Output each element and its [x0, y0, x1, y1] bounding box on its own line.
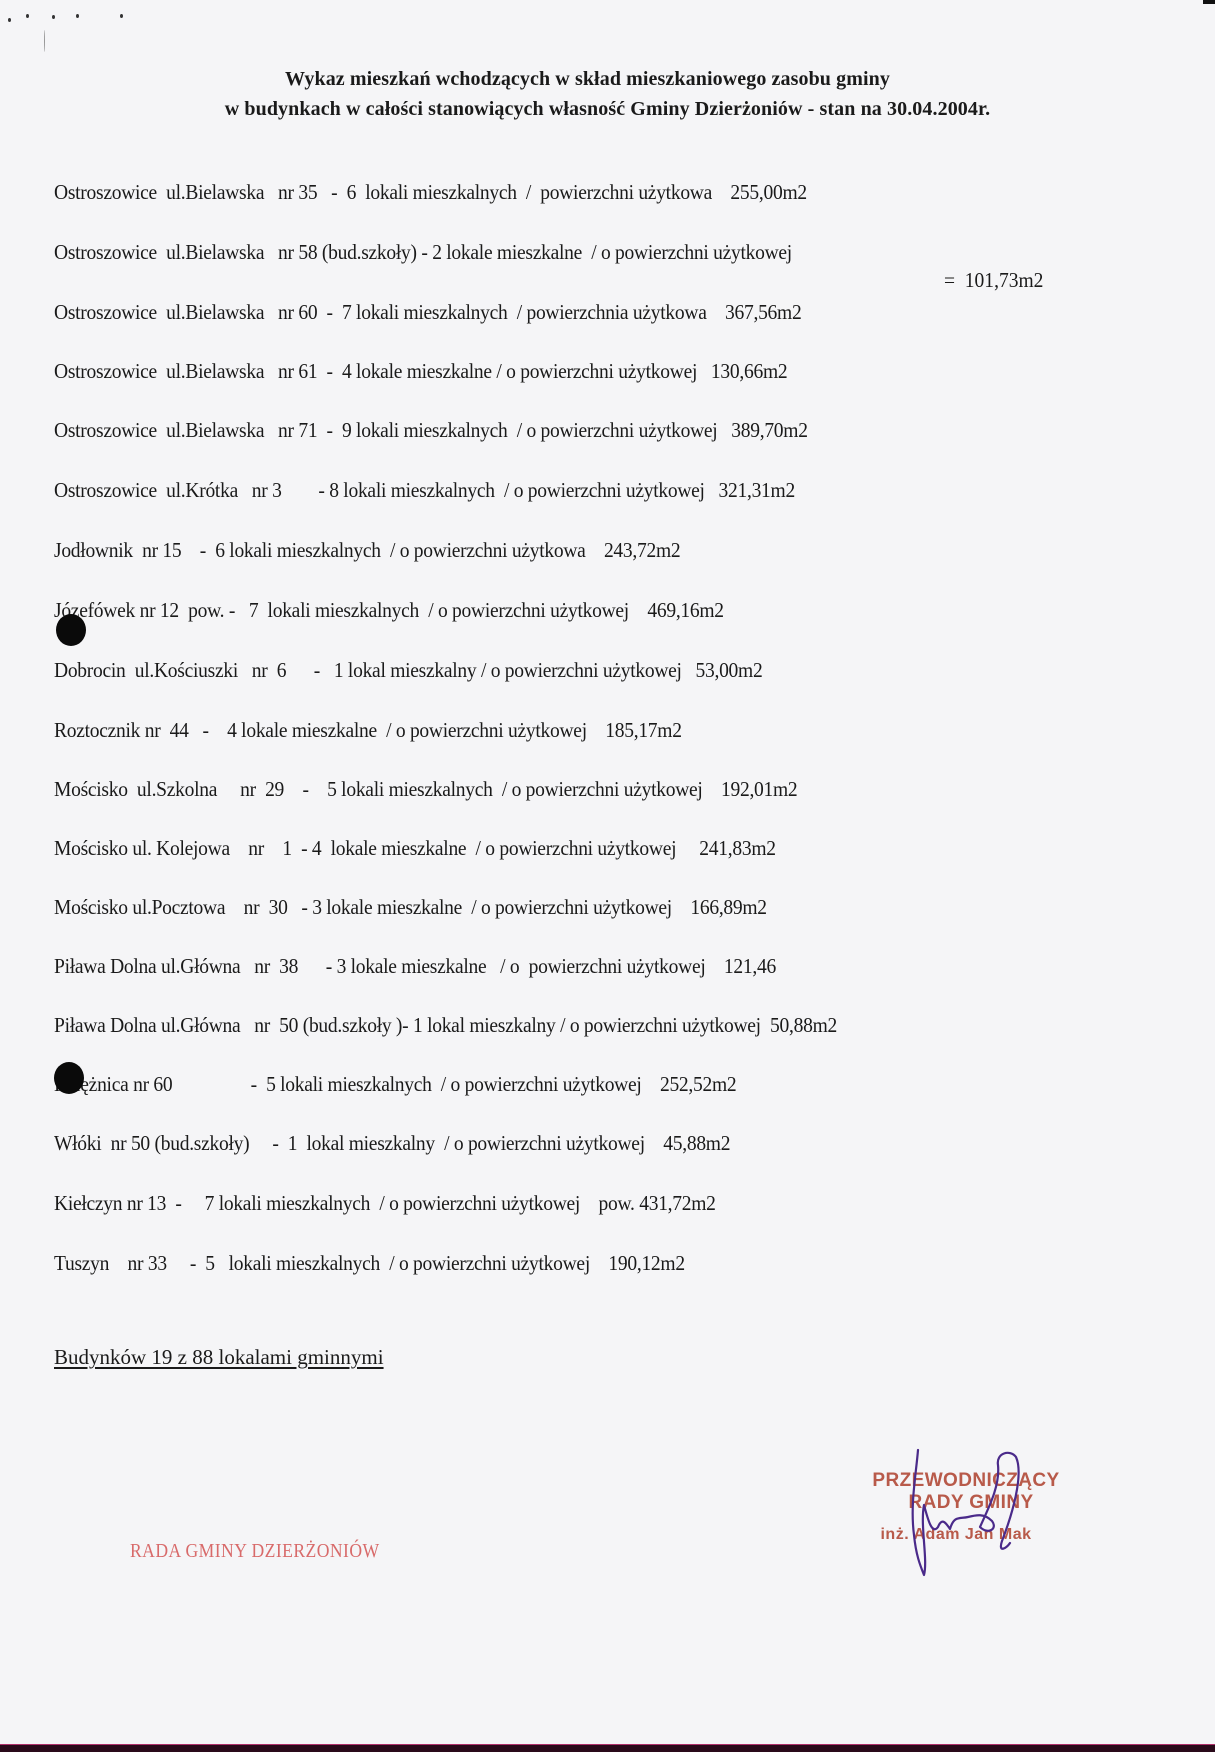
housing-entry: Tuszyn nr 33 - 5 lokali mieszkalnych / o… — [54, 1251, 685, 1276]
housing-entry: Mościsko ul.Szkolna nr 29 - 5 lokali mie… — [54, 777, 797, 802]
housing-entry: Jodłownik nr 15 - 6 lokali mieszkalnych … — [54, 538, 680, 563]
document-title-line1: Wykaz mieszkań wchodzących w skład miesz… — [0, 68, 1195, 91]
housing-entry: Włóki nr 50 (bud.szkoły) - 1 lokal miesz… — [54, 1131, 730, 1156]
housing-entry: Piława Dolna ul.Główna nr 50 (bud.szkoły… — [54, 1013, 837, 1038]
scan-bottom-edge — [0, 1744, 1215, 1752]
scan-speck — [26, 14, 29, 18]
housing-entry: Piława Dolna ul.Główna nr 38 - 3 lokale … — [54, 954, 776, 979]
scan-corner-mark — [1203, 0, 1215, 4]
housing-entry: Ostroszowice ul.Bielawska nr 60 - 7 loka… — [54, 300, 801, 325]
scan-speck — [44, 30, 45, 52]
council-stamp: RADA GMINY DZIERŻONIÓW — [130, 1540, 380, 1563]
housing-entry: Józefówek nr 12 pow. - 7 lokali mieszkal… — [54, 598, 724, 623]
signature-icon — [880, 1445, 1080, 1585]
punch-hole — [56, 614, 86, 646]
document-title-line2: w budynkach w całości stanowiących własn… — [0, 98, 1215, 121]
housing-entry: Ostroszowice ul.Krótka nr 3 - 8 lokali m… — [54, 478, 795, 503]
housing-entry: Ostroszowice ul.Bielawska nr 35 - 6 loka… — [54, 180, 807, 205]
housing-entry: Mościsko ul. Kolejowa nr 1 - 4 lokale mi… — [54, 836, 776, 861]
scan-speck — [8, 18, 11, 22]
scan-speck — [52, 15, 55, 19]
summary-line: Budynków 19 z 88 lokalami gminnymi — [54, 1345, 384, 1370]
housing-entry: Księżnica nr 60 - 5 lokali mieszkalnych … — [54, 1072, 736, 1097]
housing-entry: Dobrocin ul.Kościuszki nr 6 - 1 lokal mi… — [54, 658, 762, 683]
scan-speck — [120, 14, 123, 18]
housing-entry: Ostroszowice ul.Bielawska nr 71 - 9 loka… — [54, 418, 808, 443]
housing-entry-area: = 101,73m2 — [944, 268, 1043, 293]
housing-entry: Ostroszowice ul.Bielawska nr 58 (bud.szk… — [54, 240, 792, 265]
housing-entry: Roztocznik nr 44 - 4 lokale mieszkalne /… — [54, 718, 682, 743]
housing-entry: Kiełczyn nr 13 - 7 lokali mieszkalnych /… — [54, 1191, 716, 1216]
scan-speck — [76, 14, 79, 18]
housing-entry: Ostroszowice ul.Bielawska nr 61 - 4 loka… — [54, 359, 787, 384]
scanned-page: Wykaz mieszkań wchodzących w skład miesz… — [0, 0, 1215, 1744]
housing-entry: Mościsko ul.Pocztowa nr 30 - 3 lokale mi… — [54, 895, 767, 920]
punch-hole — [54, 1062, 84, 1094]
